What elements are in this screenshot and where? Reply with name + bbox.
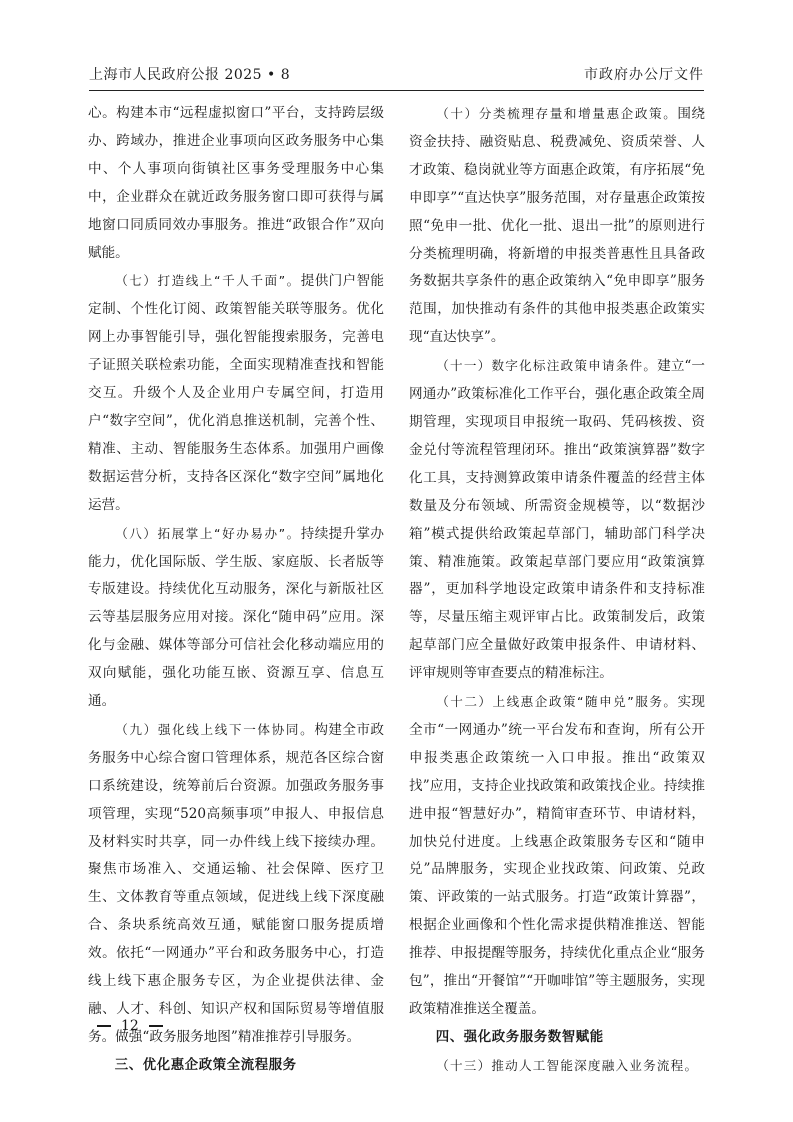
paragraph-7-heading: （七）打造线上“千人千面”。	[115, 273, 301, 288]
paragraph-10-heading: （十）分类梳理存量和增量惠企政策。	[436, 106, 677, 121]
right-column: （十）分类梳理存量和增量惠企政策。围绕资金扶持、融资贴息、税费减免、资质荣誉、人…	[409, 100, 705, 1081]
paragraph-13: （十三）推动人工智能深度融入业务流程。	[409, 1052, 705, 1081]
left-column: 心。构建本市“远程虚拟窗口”平台，支持跨层级办、跨域办，推进企业事项向区政务服务…	[88, 100, 384, 1080]
paragraph-8-body: 持续提升掌办能力，优化国际版、学生版、家庭版、长者版等专版建设。持续优化互动服务…	[88, 526, 384, 709]
paragraph-9-body: 构建全市政务服务中心综合窗口管理体系，规范各区综合窗口系统建设，统筹前后台资源。…	[88, 722, 384, 1045]
paragraph-12-body: 实现全市“一网通办”统一平台发布和查询，所有公开申报类惠企政策统一入口申报。推出…	[409, 694, 705, 1017]
paragraph-12-heading: （十二）上线惠企政策“随申兑”服务。	[436, 694, 677, 709]
paragraph-11-heading: （十一）数字化标注政策申请条件。	[436, 358, 657, 373]
paragraph-7-body: 提供门户智能定制、个性化订阅、政策智能关联等服务。优化网上办事智能引导，强化智能…	[88, 273, 384, 512]
section-4-title: 四、强化政务服务数智赋能	[409, 1024, 705, 1052]
page-number: 12	[97, 1018, 163, 1034]
paragraph-11-body: 建立“一网通办”政策标准化工作平台，强化惠企政策全周期管理，实现项目申报统一取码…	[409, 358, 705, 681]
section-3-title: 三、优化惠企政策全流程服务	[88, 1052, 384, 1080]
running-header: 上海市人民政府公报 2025 • 8 市政府办公厅文件	[89, 64, 704, 90]
paragraph-continuation: 心。构建本市“远程虚拟窗口”平台，支持跨层级办、跨域办，推进企业事项向区政务服务…	[88, 100, 384, 267]
journal-title: 上海市人民政府公报 2025 • 8	[89, 64, 290, 84]
paragraph-8-heading: （八）拓展掌上“好办易办”。	[115, 526, 301, 541]
paragraph-7: （七）打造线上“千人千面”。提供门户智能定制、个性化订阅、政策智能关联等服务。优…	[88, 267, 384, 519]
paragraph-13-heading: （十三）推动人工智能深度融入业务流程。	[436, 1058, 698, 1073]
paragraph-9-heading: （九）强化线上线下一体协同。	[115, 722, 314, 737]
paragraph-10: （十）分类梳理存量和增量惠企政策。围绕资金扶持、融资贴息、税费减免、资质荣誉、人…	[409, 100, 705, 352]
paragraph-11: （十一）数字化标注政策申请条件。建立“一网通办”政策标准化工作平台，强化惠企政策…	[409, 352, 705, 688]
paragraph-8: （八）拓展掌上“好办易办”。持续提升掌办能力，优化国际版、学生版、家庭版、长者版…	[88, 520, 384, 716]
dash-decoration	[149, 1025, 163, 1027]
dash-decoration	[97, 1025, 111, 1027]
paragraph-12: （十二）上线惠企政策“随申兑”服务。实现全市“一网通办”统一平台发布和查询，所有…	[409, 688, 705, 1024]
header-divider	[89, 90, 704, 91]
section-label: 市政府办公厅文件	[584, 64, 704, 84]
page-number-value: 12	[121, 1018, 139, 1034]
paragraph-9: （九）强化线上线下一体协同。构建全市政务服务中心综合窗口管理体系，规范各区综合窗…	[88, 716, 384, 1052]
paragraph-10-body: 围绕资金扶持、融资贴息、税费减免、资质荣誉、人才政策、稳岗就业等方面惠企政策，有…	[409, 106, 705, 345]
